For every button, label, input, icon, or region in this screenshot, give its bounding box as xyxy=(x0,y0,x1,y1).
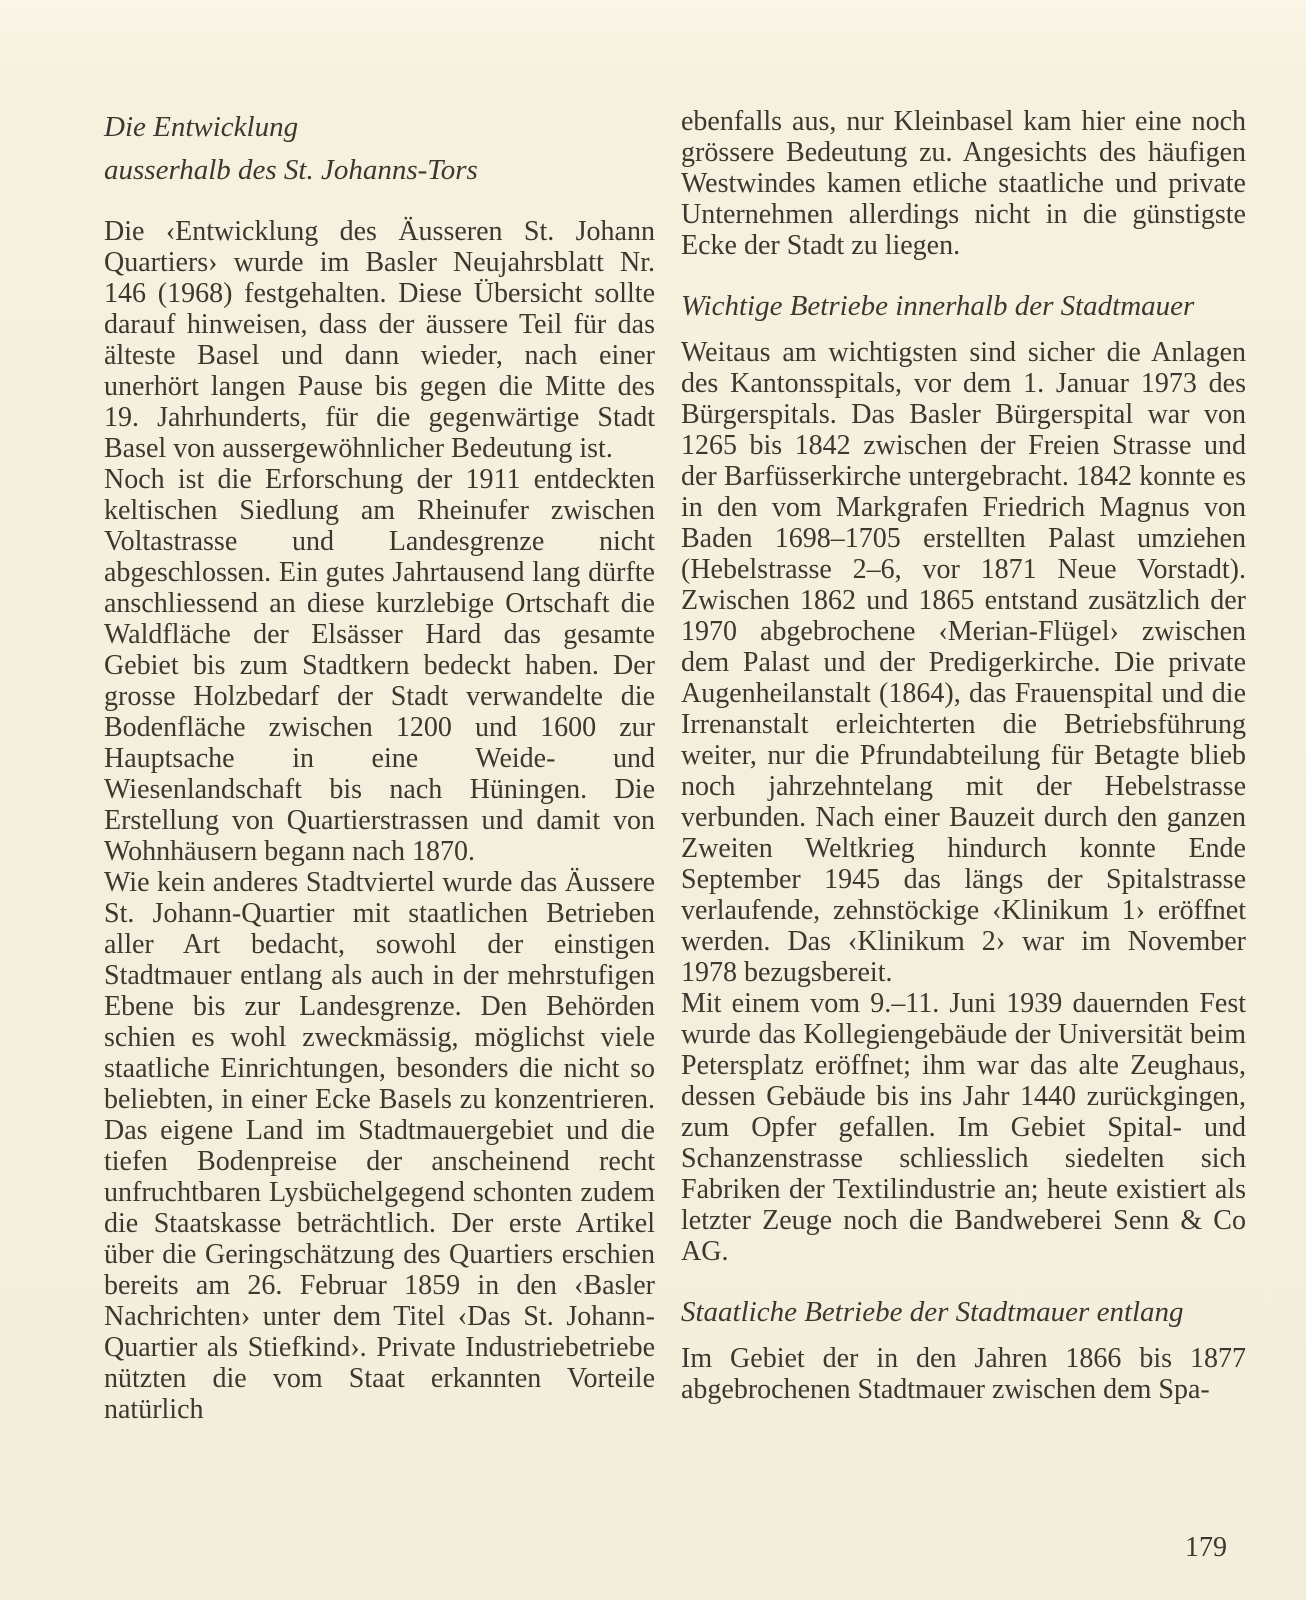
page-number: 179 xyxy=(681,1532,1227,1563)
section-heading-entwicklung: Die Entwicklung ausserhalb des St. Johan… xyxy=(104,106,655,192)
section-heading-staatliche-betriebe: Staatliche Betriebe der Stadtmauer entla… xyxy=(681,1297,1246,1328)
paragraph-right-1: ebenfalls aus, nur Kleinbasel kam hier e… xyxy=(681,106,1246,261)
right-column: ebenfalls aus, nur Kleinbasel kam hier e… xyxy=(681,106,1246,1405)
left-column: Die Entwicklung ausserhalb des St. Johan… xyxy=(104,106,655,1425)
paragraph-left-2: Noch ist die Erforschung der 1911 entdec… xyxy=(104,464,655,867)
heading-line-1: Die Entwicklung xyxy=(104,106,655,149)
book-page: Die Entwicklung ausserhalb des St. Johan… xyxy=(0,0,1306,1600)
paragraph-right-3: Mit einem vom 9.–11. Juni 1939 dauernden… xyxy=(681,988,1246,1267)
section-heading-wichtige-betriebe: Wichtige Betriebe innerhalb der Stadtmau… xyxy=(681,291,1246,322)
paragraph-left-1: Die ‹Entwicklung des Äusseren St. Johann… xyxy=(104,216,655,464)
paragraph-right-2: Weitaus am wichtigsten sind sicher die A… xyxy=(681,337,1246,988)
paragraph-left-3: Wie kein anderes Stadtviertel wurde das … xyxy=(104,867,655,1425)
paragraph-right-4: Im Gebiet der in den Jahren 1866 bis 187… xyxy=(681,1343,1246,1405)
heading-line-2: ausserhalb des St. Johanns-Tors xyxy=(104,149,655,192)
